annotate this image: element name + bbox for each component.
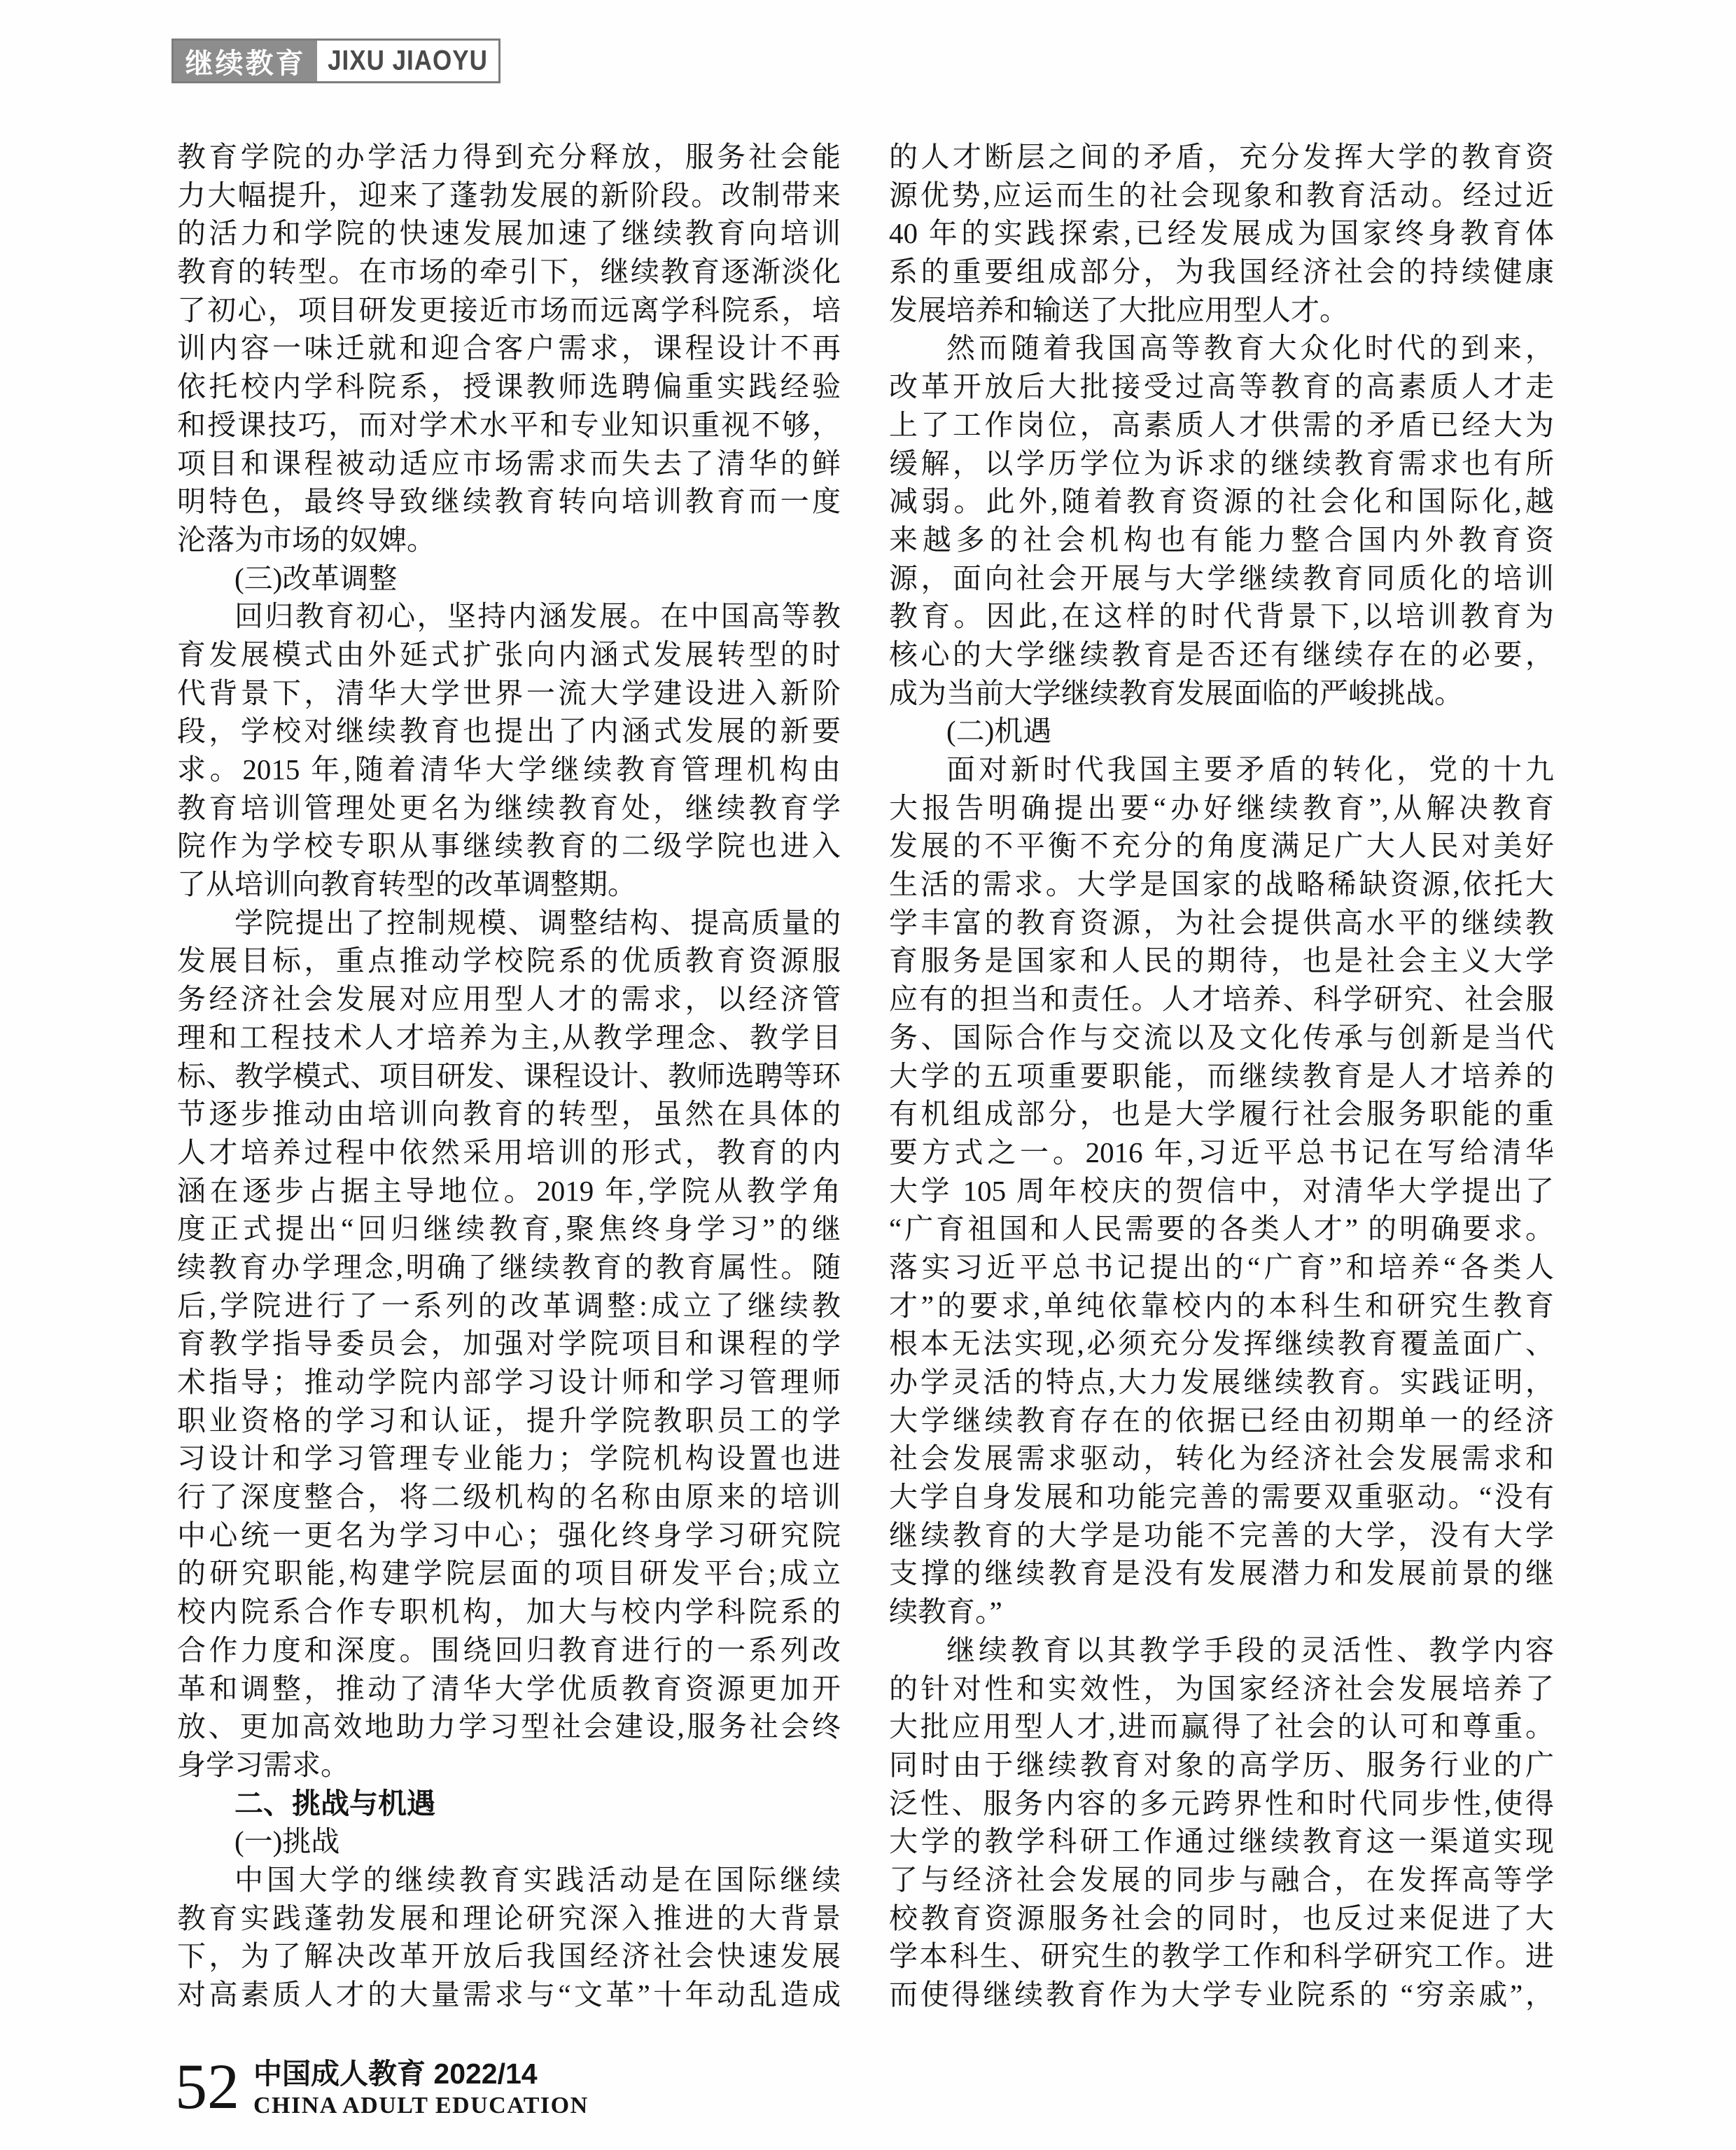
- text-line: 中心统一更名为学习中心；强化终身学习研究院: [177, 1516, 841, 1555]
- header-badge: 继续教育 JIXU JIAOYU: [171, 39, 500, 83]
- column-left: 教育学院的办学活力得到充分释放，服务社会能力大幅提升，迎来了蓬勃发展的新阶段。改…: [177, 138, 841, 2014]
- text-line: 节逐步推动由培训向教育的转型，虽然在具体的: [177, 1095, 841, 1133]
- text-line: 人才培养过程中依然采用培训的形式，教育的内: [177, 1133, 841, 1172]
- paragraph: 回归教育初心，坚持内涵发展。在中国高等教育发展模式由外延式扩张向内涵式发展转型的…: [177, 597, 841, 904]
- text-line: 核心的大学继续教育是否还有继续存在的必要，: [889, 636, 1554, 674]
- heading-line: (三)改革调整: [177, 559, 841, 598]
- text-line: 训内容一味迁就和迎合客户需求，课程设计不再: [177, 329, 841, 368]
- text-line: 育发展模式由外延式扩张向内涵式发展转型的时: [177, 636, 841, 674]
- text-line: 理和工程技术人才培养为主,从教学理念、教学目: [177, 1019, 841, 1057]
- text-line: 办学灵活的特点,大力发展继续教育。实践证明，: [889, 1363, 1554, 1402]
- text-line: 职业资格的学习和认证，提升学院教职员工的学: [177, 1402, 841, 1440]
- text-line: 的针对性和实效性，为国家经济社会发展培养了: [889, 1670, 1554, 1708]
- text-line: 然而随着我国高等教育大众化时代的到来，: [889, 329, 1554, 368]
- text-line: 大学继续教育存在的依据已经由初期单一的经济: [889, 1402, 1554, 1440]
- text-line: 落实习近平总书记提出的“广育”和培养“各类人: [889, 1248, 1554, 1287]
- paragraph: 面对新时代我国主要矛盾的转化，党的十九大报告明确提出要“办好继续教育”,从解决教…: [889, 751, 1554, 1631]
- text-line: 支撑的继续教育是没有发展潜力和发展前景的继: [889, 1554, 1554, 1593]
- text-line: 学院提出了控制规模、调整结构、提高质量的: [177, 904, 841, 942]
- text-line: 发展目标，重点推动学校院系的优质教育资源服: [177, 942, 841, 980]
- text-line: 要方式之一。2016 年,习近平总书记在写给清华: [889, 1133, 1554, 1172]
- column-right: 的人才断层之间的矛盾，充分发挥大学的教育资源优势,应运而生的社会现象和教育活动。…: [889, 138, 1554, 2014]
- text-line: 大报告明确提出要“办好继续教育”,从解决教育: [889, 789, 1554, 828]
- section-heading: (三)改革调整: [177, 559, 841, 598]
- text-line: 后,学院进行了一系列的改革调整:成立了继续教: [177, 1287, 841, 1325]
- text-line: 回归教育初心，坚持内涵发展。在中国高等教: [177, 597, 841, 636]
- section-heading: (一)挑战: [177, 1822, 841, 1861]
- text-line: 依托校内学科院系，授课教师选聘偏重实践经验: [177, 368, 841, 406]
- heading-line: (一)挑战: [177, 1822, 841, 1861]
- text-line: 教育实践蓬勃发展和理论研究深入推进的大背景: [177, 1899, 841, 1938]
- text-line: 明特色，最终导致继续教育转向培训教育而一度: [177, 482, 841, 521]
- text-line: 求。2015 年,随着清华大学继续教育管理机构由: [177, 751, 841, 789]
- journal-name-en: CHINA ADULT EDUCATION: [253, 2092, 589, 2120]
- text-line: 大学的教学科研工作通过继续教育这一渠道实现: [889, 1822, 1554, 1861]
- text-line: 大批应用型人才,进而赢得了社会的认可和尊重。: [889, 1708, 1554, 1746]
- text-line: 育教学指导委员会，加强对学院项目和课程的学: [177, 1325, 841, 1363]
- text-line: 应有的担当和责任。人才培养、科学研究、社会服: [889, 980, 1554, 1019]
- text-line: 才”的要求,单纯依靠校内的本科生和研究生教育: [889, 1287, 1554, 1325]
- paragraph: 继续教育以其教学手段的灵活性、教学内容的针对性和实效性，为国家经济社会发展培养了…: [889, 1631, 1554, 2014]
- text-line: 源优势,应运而生的社会现象和教育活动。经过近: [889, 176, 1554, 215]
- text-line: 力大幅提升，迎来了蓬勃发展的新阶段。改制带来: [177, 176, 841, 215]
- text-line: 缓解，以学历学位为诉求的继续教育需求也有所: [889, 445, 1554, 483]
- text-line: 面对新时代我国主要矛盾的转化，党的十九: [889, 751, 1554, 789]
- journal-name-cn: 中国成人教育 2022/14: [253, 2057, 589, 2090]
- paragraph: 然而随着我国高等教育大众化时代的到来，改革开放后大批接受过高等教育的高素质人才走…: [889, 329, 1554, 712]
- column-topic-pinyin-label: JIXU JIAOYU: [317, 38, 498, 85]
- text-line: 改革开放后大批接受过高等教育的高素质人才走: [889, 368, 1554, 406]
- text-line: 对高素质人才的大量需求与“文革”十年动乱造成: [177, 1976, 841, 2014]
- text-line: 40 年的实践探索,已经发展成为国家终身教育体: [889, 214, 1554, 253]
- text-line: 继续教育的大学是功能不完善的大学，没有大学: [889, 1516, 1554, 1555]
- text-line: 学本科生、研究生的教学工作和科学研究工作。进: [889, 1937, 1554, 1976]
- heading-line: 二、挑战与机遇: [177, 1785, 841, 1823]
- journal-name: 中国成人教育 2022/14 CHINA ADULT EDUCATION: [253, 2051, 589, 2120]
- text-line: 校内院系合作专职机构，加大与校内学科院系的: [177, 1593, 841, 1631]
- text-line: 减弱。此外,随着教育资源的社会化和国际化,越: [889, 482, 1554, 521]
- section-heading: (二)机遇: [889, 712, 1554, 751]
- paragraph: 的人才断层之间的矛盾，充分发挥大学的教育资源优势,应运而生的社会现象和教育活动。…: [889, 138, 1554, 329]
- text-line: 发展的不平衡不充分的角度满足广大人民对美好: [889, 827, 1554, 865]
- text-line: 务、国际合作与交流以及文化传承与创新是当代: [889, 1019, 1554, 1057]
- text-line: “广育祖国和人民需要的各类人才” 的明确要求。: [889, 1210, 1554, 1248]
- paragraph: 学院提出了控制规模、调整结构、提高质量的发展目标，重点推动学校院系的优质教育资源…: [177, 904, 841, 1785]
- text-line: 泛性、服务内容的多元跨界性和时代同步性,使得: [889, 1785, 1554, 1823]
- text-line: 学丰富的教育资源，为社会提供高水平的继续教: [889, 904, 1554, 942]
- text-line: 教育培训管理处更名为继续教育处，继续教育学: [177, 789, 841, 828]
- text-line: 沦落为市场的奴婢。: [177, 521, 841, 559]
- text-line: 发展培养和输送了大批应用型人才。: [889, 291, 1554, 330]
- text-line: 标、教学模式、项目研发、课程设计、教师选聘等环: [177, 1057, 841, 1096]
- column-topic-label: 继续教育: [174, 41, 317, 81]
- text-line: 院作为学校专职从事继续教育的二级学院也进入: [177, 827, 841, 865]
- text-line: 有机组成部分，也是大学履行社会服务职能的重: [889, 1095, 1554, 1133]
- journal-page: 继续教育 JIXU JIAOYU 教育学院的办学活力得到充分释放，服务社会能力大…: [0, 0, 1736, 2150]
- text-line: 而使得继续教育作为大学专业院系的 “穷亲戚”，: [889, 1976, 1554, 2014]
- text-line: 教育的转型。在市场的牵引下，继续教育逐渐淡化: [177, 253, 841, 291]
- text-line: 项目和课程被动适应市场需求而失去了清华的鲜: [177, 445, 841, 483]
- text-line: 教育学院的办学活力得到充分释放，服务社会能: [177, 138, 841, 176]
- text-line: 来越多的社会机构也有能力整合国内外教育资: [889, 521, 1554, 559]
- text-line: 习设计和学习管理专业能力；学院机构设置也进: [177, 1439, 841, 1478]
- text-line: 继续教育以其教学手段的灵活性、教学内容: [889, 1631, 1554, 1670]
- text-line: 的活力和学院的快速发展加速了继续教育向培训: [177, 214, 841, 253]
- text-line: 的人才断层之间的矛盾，充分发挥大学的教育资: [889, 138, 1554, 176]
- text-line: 放、更加高效地助力学习型社会建设,服务社会终: [177, 1708, 841, 1746]
- text-line: 革和调整，推动了清华大学优质教育资源更加开: [177, 1670, 841, 1708]
- text-line: 的研究职能,构建学院层面的项目研发平台;成立: [177, 1554, 841, 1593]
- text-line: 续教育办学理念,明确了继续教育的教育属性。随: [177, 1248, 841, 1287]
- text-line: 同时由于继续教育对象的高学历、服务行业的广: [889, 1746, 1554, 1785]
- text-line: 度正式提出“回归继续教育,聚焦终身学习”的继: [177, 1210, 841, 1248]
- text-line: 身学习需求。: [177, 1746, 841, 1785]
- text-line: 上了工作岗位，高素质人才供需的矛盾已经大为: [889, 406, 1554, 445]
- text-line: 系的重要组成部分，为我国经济社会的持续健康: [889, 253, 1554, 291]
- page-footer: 52 中国成人教育 2022/14 CHINA ADULT EDUCATION: [175, 2051, 589, 2121]
- text-line: 教育。因此,在这样的时代背景下,以培训教育为: [889, 597, 1554, 636]
- text-line: 了初心，项目研发更接近市场而远离学科院系，培: [177, 291, 841, 330]
- text-line: 段，学校对继续教育也提出了内涵式发展的新要: [177, 712, 841, 751]
- text-line: 了与经济社会发展的同步与融合，在发挥高等学: [889, 1861, 1554, 1899]
- text-line: 大学自身发展和功能完善的需要双重驱动。“没有: [889, 1478, 1554, 1516]
- text-line: 代背景下，清华大学世界一流大学建设进入新阶: [177, 674, 841, 713]
- page-number: 52: [175, 2051, 239, 2121]
- text-line: 下，为了解决改革开放后我国经济社会快速发展: [177, 1937, 841, 1976]
- text-line: 育服务是国家和人民的期待，也是社会主义大学: [889, 942, 1554, 980]
- paragraph: 中国大学的继续教育实践活动是在国际继续教育实践蓬勃发展和理论研究深入推进的大背景…: [177, 1861, 841, 2014]
- paragraph: 教育学院的办学活力得到充分释放，服务社会能力大幅提升，迎来了蓬勃发展的新阶段。改…: [177, 138, 841, 559]
- text-line: 术指导；推动学院内部学习设计师和学习管理师: [177, 1363, 841, 1402]
- text-line: 校教育资源服务社会的同时，也反过来促进了大: [889, 1899, 1554, 1938]
- section-heading: 二、挑战与机遇: [177, 1785, 841, 1823]
- text-line: 务经济社会发展对应用型人才的需求，以经济管: [177, 980, 841, 1019]
- text-line: 成为当前大学继续教育发展面临的严峻挑战。: [889, 674, 1554, 713]
- heading-line: (二)机遇: [889, 712, 1554, 751]
- text-line: 大学的五项重要职能，而继续教育是人才培养的: [889, 1057, 1554, 1096]
- text-line: 源，面向社会开展与大学继续教育同质化的培训: [889, 559, 1554, 598]
- text-line: 根本无法实现,必须充分发挥继续教育覆盖面广、: [889, 1325, 1554, 1363]
- text-line: 生活的需求。大学是国家的战略稀缺资源,依托大: [889, 865, 1554, 904]
- text-line: 中国大学的继续教育实践活动是在国际继续: [177, 1861, 841, 1899]
- text-line: 合作力度和深度。围绕回归教育进行的一系列改: [177, 1631, 841, 1670]
- text-line: 续教育。”: [889, 1593, 1554, 1631]
- text-line: 涵在逐步占据主导地位。2019 年,学院从教学角: [177, 1172, 841, 1210]
- text-line: 社会发展需求驱动，转化为经济社会发展需求和: [889, 1439, 1554, 1478]
- text-line: 了从培训向教育转型的改革调整期。: [177, 865, 841, 904]
- text-line: 大学 105 周年校庆的贺信中，对清华大学提出了: [889, 1172, 1554, 1210]
- text-line: 行了深度整合，将二级机构的名称由原来的培训: [177, 1478, 841, 1516]
- text-line: 和授课技巧，而对学术水平和专业知识重视不够，: [177, 406, 841, 445]
